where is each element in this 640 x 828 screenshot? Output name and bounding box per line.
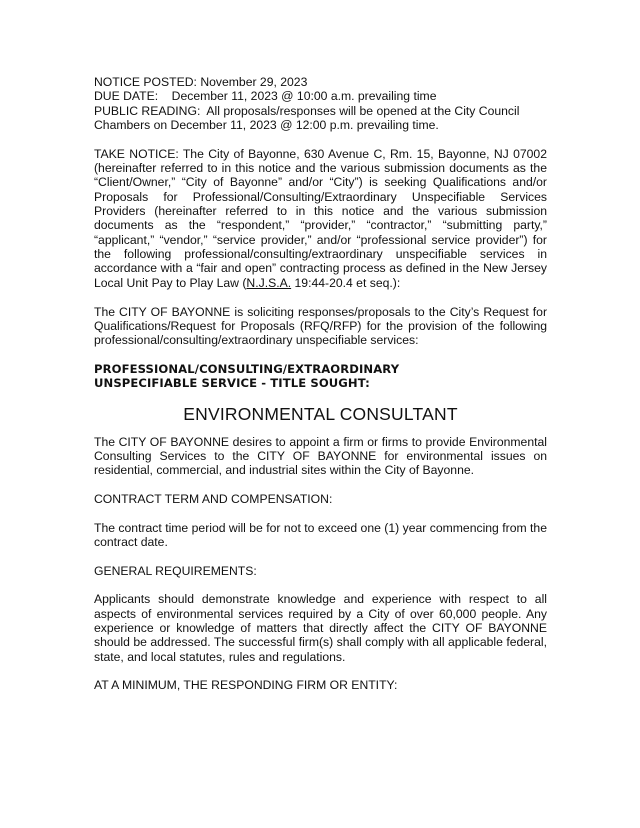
contract-term-body: The contract time period will be for not… xyxy=(94,521,547,550)
njsa-citation: N.J.S.A. xyxy=(246,276,291,290)
take-notice-paragraph: TAKE NOTICE: The City of Bayonne, 630 Av… xyxy=(94,147,547,290)
title-sought-heading: PROFESSIONAL/CONSULTING/EXTRAORDINARY UN… xyxy=(94,362,547,391)
contract-term-heading: CONTRACT TERM AND COMPENSATION: xyxy=(94,492,547,506)
general-requirements-body: Applicants should demonstrate knowledge … xyxy=(94,592,547,664)
document-page: NOTICE POSTED: November 29, 2023 DUE DAT… xyxy=(94,75,547,707)
due-date: DUE DATE: December 11, 2023 @ 10:00 a.m.… xyxy=(94,89,547,103)
description-paragraph: The CITY OF BAYONNE desires to appoint a… xyxy=(94,435,547,478)
public-reading-line-1: PUBLIC READING: All proposals/responses … xyxy=(94,104,547,118)
take-notice-text: TAKE NOTICE: The City of Bayonne, 630 Av… xyxy=(94,147,547,290)
general-requirements-heading: GENERAL REQUIREMENTS: xyxy=(94,564,547,578)
title-sought-line-2: UNSPECIFIABLE SERVICE - TITLE SOUGHT: xyxy=(94,376,547,390)
minimum-heading: AT A MINIMUM, THE RESPONDING FIRM OR ENT… xyxy=(94,678,547,692)
notice-header: NOTICE POSTED: November 29, 2023 DUE DAT… xyxy=(94,75,547,132)
notice-posted: NOTICE POSTED: November 29, 2023 xyxy=(94,75,547,89)
title-sought-line-1: PROFESSIONAL/CONSULTING/EXTRAORDINARY xyxy=(94,362,547,376)
take-notice-text-end: 19:44-20.4 et seq.): xyxy=(291,276,400,290)
service-title: ENVIRONMENTAL CONSULTANT xyxy=(94,403,547,425)
public-reading-line-2: Chambers on December 11, 2023 @ 12:00 p.… xyxy=(94,118,547,132)
soliciting-paragraph: The CITY OF BAYONNE is soliciting respon… xyxy=(94,305,547,348)
